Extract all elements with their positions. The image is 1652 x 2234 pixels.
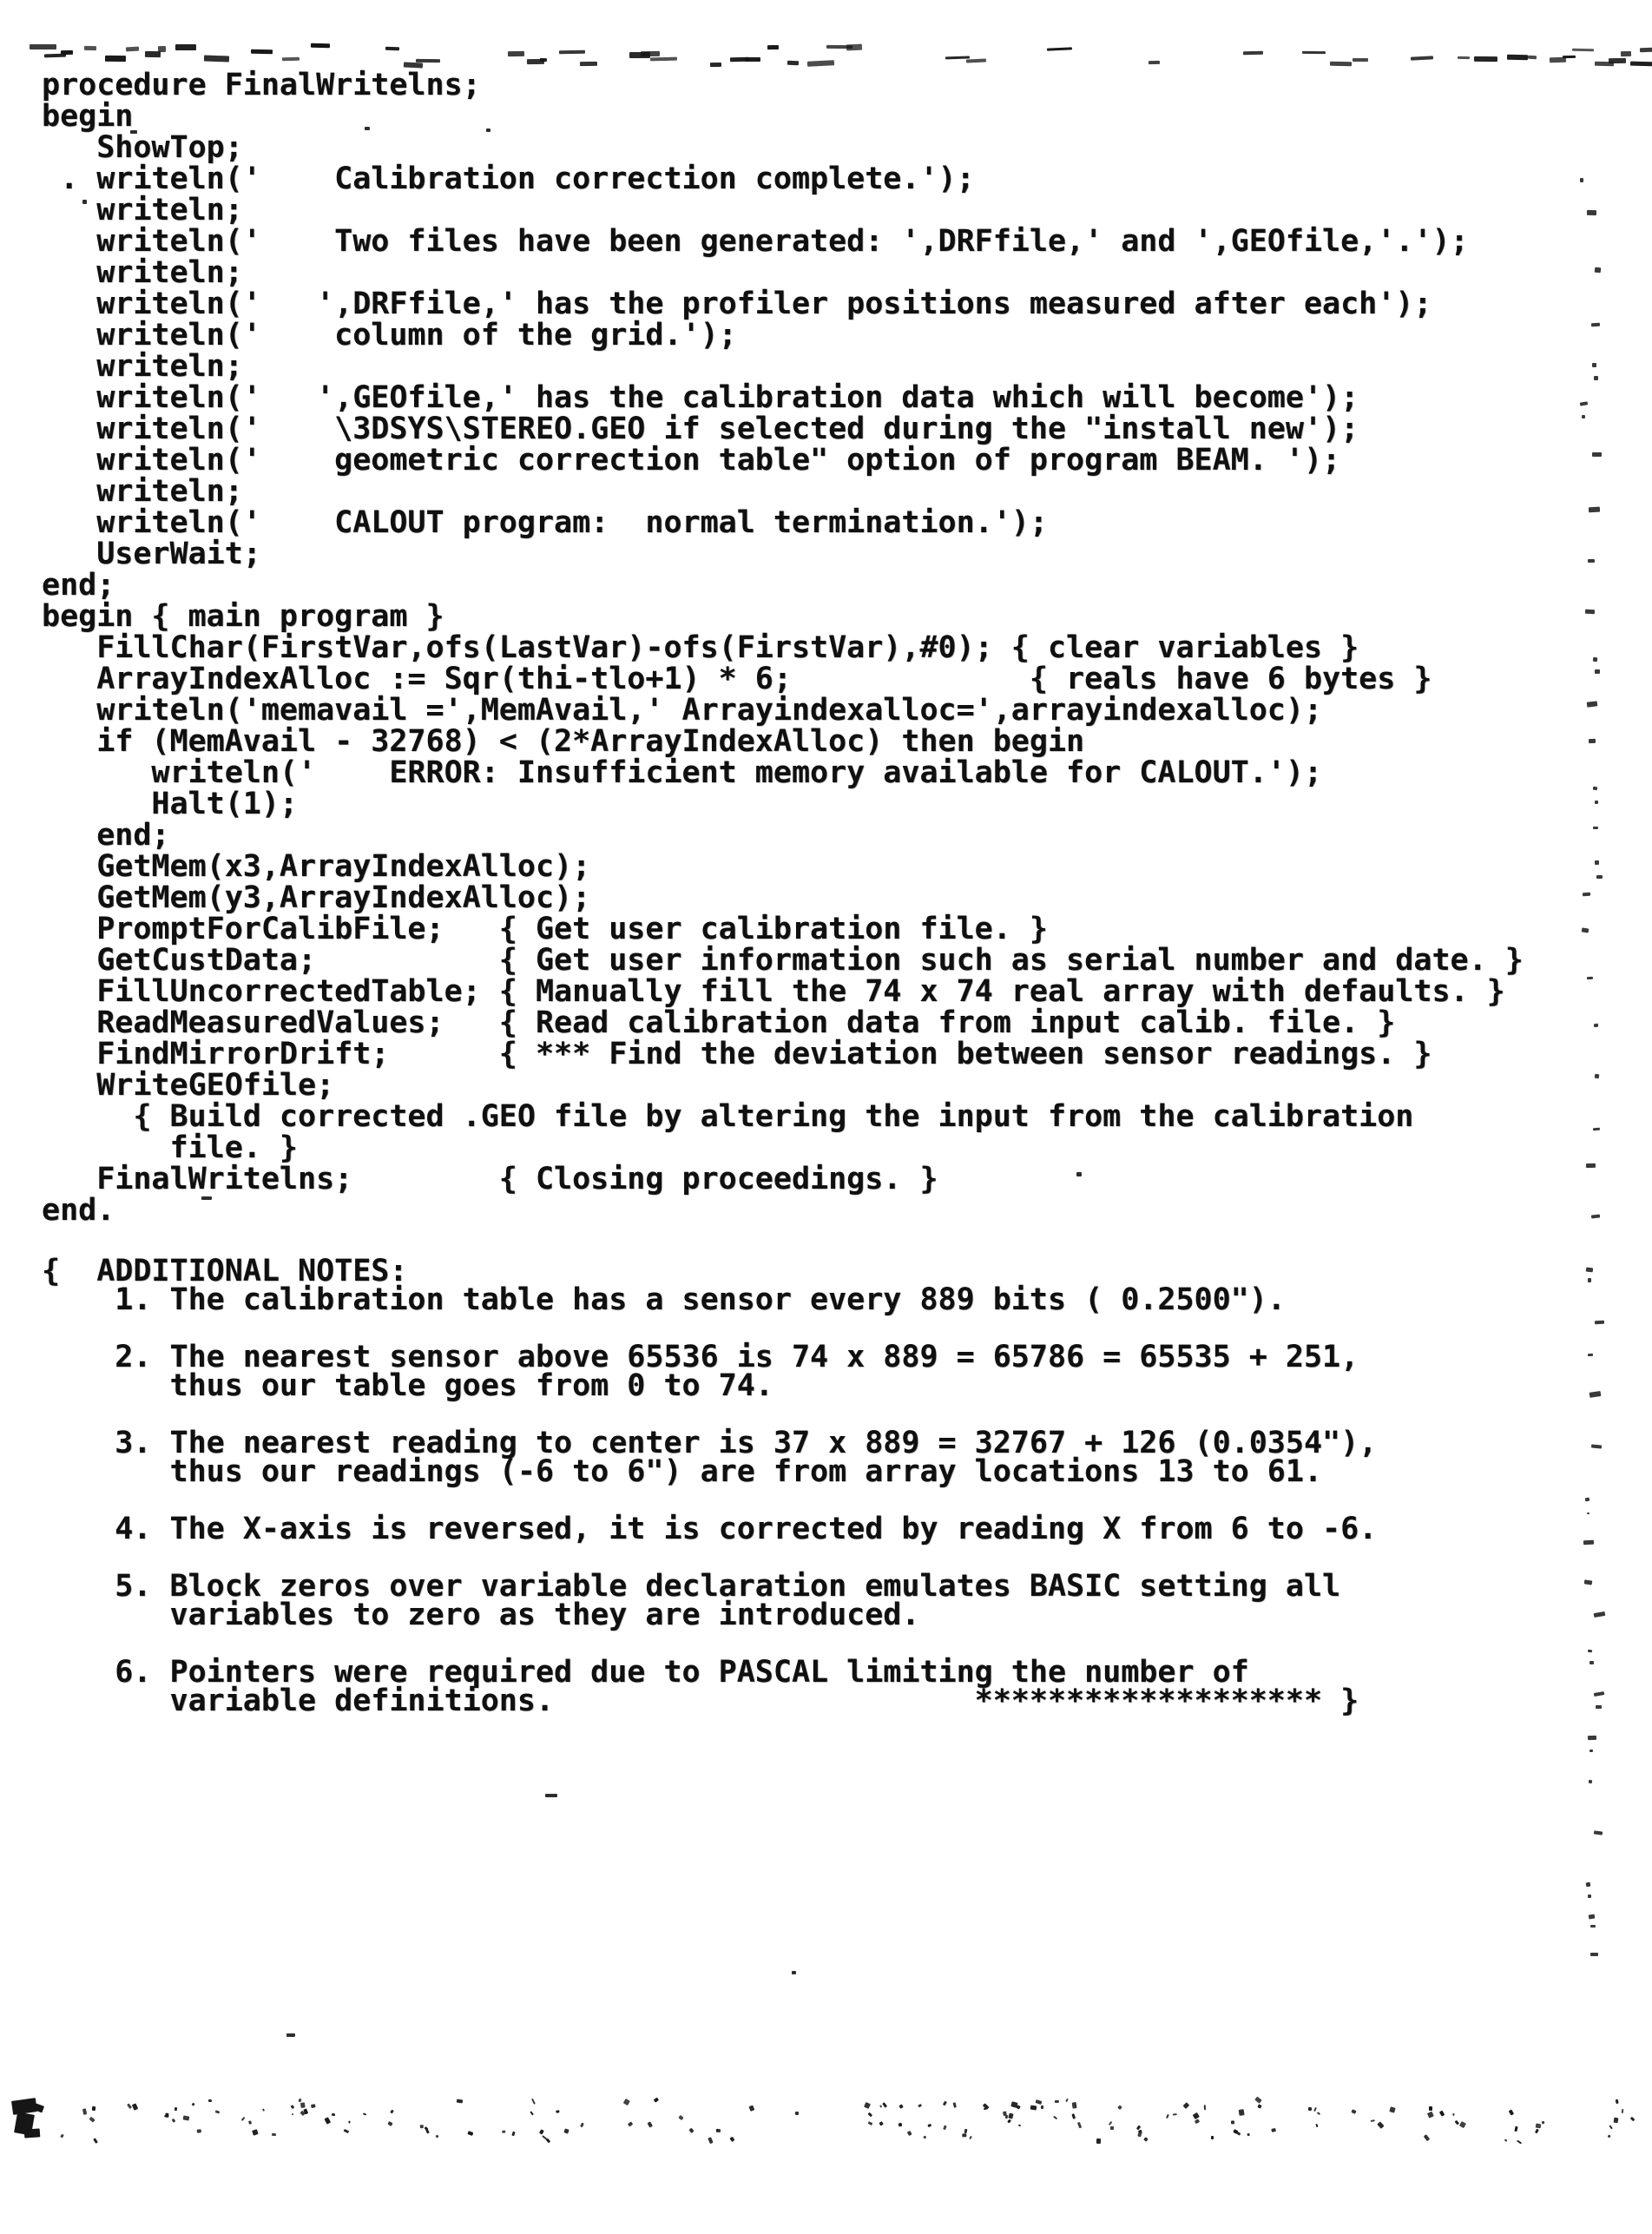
right-margin-speck: [1585, 610, 1595, 615]
bottom-edge-speck: [1035, 2099, 1042, 2104]
bottom-edge-speck: [503, 2130, 506, 2132]
bottom-edge-speck: [898, 2123, 902, 2126]
bottom-edge-speck: [1514, 2126, 1518, 2132]
bottom-edge-speck: [982, 2103, 989, 2110]
bottom-edge-speck: [183, 2115, 190, 2120]
bottom-edge-speck: [303, 2108, 308, 2114]
top-edge-smudge: [508, 51, 524, 56]
top-edge-smudge: [1639, 47, 1652, 51]
top-edge-smudge: [846, 44, 862, 51]
scanned-page: procedure FinalWritelns; begin ShowTop; …: [0, 0, 1652, 2234]
right-margin-speck: [1582, 415, 1585, 418]
top-edge-smudge: [1595, 62, 1614, 66]
pascal-code-listing: procedure FinalWritelns; begin ShowTop; …: [42, 69, 1524, 1226]
bottom-edge-speck: [716, 2129, 721, 2132]
right-margin-speck: [1589, 1661, 1594, 1665]
bottom-edge-speck: [172, 2119, 176, 2123]
bottom-edge-speck: [1137, 2131, 1142, 2137]
right-margin-speck: [1582, 927, 1589, 932]
bottom-edge-speck: [311, 2104, 315, 2107]
bottom-edge-speck: [1424, 2134, 1430, 2141]
bottom-edge-speck: [1003, 2111, 1007, 2115]
bottom-edge-speck: [530, 2112, 534, 2117]
right-margin-speck: [1595, 860, 1599, 865]
top-edge-smudge: [730, 57, 749, 63]
top-edge-smudge: [826, 45, 852, 49]
bottom-edge-speck: [1370, 2119, 1375, 2122]
right-margin-speck: [1587, 1512, 1589, 1515]
right-margin-speck: [1590, 1925, 1596, 1928]
bottom-edge-speck: [1313, 2106, 1317, 2112]
bottom-edge-speck: [1308, 2106, 1312, 2111]
bottom-edge-speck: [1016, 2105, 1021, 2110]
top-edge-smudge: [966, 59, 986, 63]
top-edge-smudge: [126, 46, 139, 50]
top-edge-smudge: [385, 46, 399, 49]
bottom-edge-speck: [580, 2122, 584, 2127]
bottom-edge-speck: [1509, 2110, 1514, 2116]
top-edge-smudge: [61, 50, 73, 55]
right-margin-speck: [1588, 1895, 1591, 1898]
right-margin-speck: [1583, 1540, 1595, 1545]
right-margin-speck: [1592, 363, 1596, 367]
stray-body-speck: [286, 2033, 295, 2037]
bottom-edge-speck: [1316, 2112, 1320, 2115]
top-edge-smudge: [1353, 58, 1368, 62]
right-margin-speck: [1589, 1750, 1593, 1751]
bottom-edge-speck: [943, 2125, 947, 2130]
bottom-edge-speck: [1247, 2133, 1250, 2136]
right-margin-speck: [1585, 1498, 1590, 1502]
bottom-edge-speck: [332, 2112, 335, 2116]
bottom-edge-speck: [1018, 2125, 1022, 2127]
bottom-edge-speck: [1459, 2121, 1466, 2128]
bottom-edge-speck: [1239, 2109, 1245, 2115]
top-edge-smudge: [311, 43, 330, 49]
bottom-edge-speck: [435, 2135, 438, 2138]
bottom-edge-speck: [208, 2099, 213, 2102]
bottom-edge-speck: [729, 2137, 734, 2142]
bottom-edge-speck: [923, 2136, 926, 2139]
bottom-edge-speck: [387, 2121, 392, 2126]
right-margin-speck: [1588, 507, 1599, 512]
bottom-edge-speck: [174, 2107, 177, 2111]
top-edge-smudge: [105, 56, 126, 62]
top-edge-smudge: [1563, 56, 1576, 59]
bottom-edge-speck: [1065, 2098, 1069, 2102]
top-edge-smudge: [44, 54, 66, 58]
right-margin-speck: [1590, 323, 1600, 327]
right-margin-speck: [1595, 267, 1602, 272]
top-edge-smudge: [767, 45, 780, 49]
bottom-edge-speck: [1613, 2117, 1618, 2122]
right-margin-speck: [1593, 786, 1597, 789]
bottom-edge-speck: [864, 2102, 871, 2109]
bottom-edge-speck: [1204, 2105, 1206, 2110]
bottom-edge-speck: [92, 2138, 97, 2145]
bottom-edge-speck: [531, 2098, 536, 2104]
bottom-edge-speck: [868, 2122, 873, 2126]
bottom-edge-speck: [879, 2105, 882, 2108]
bottom-edge-speck: [1138, 2129, 1142, 2132]
bottom-left-blob: [11, 2098, 37, 2115]
top-edge-smudge: [640, 50, 659, 56]
bottom-edge-speck: [292, 2112, 294, 2115]
bottom-edge-speck: [1536, 2124, 1542, 2129]
bottom-edge-speck: [1183, 2102, 1190, 2109]
bottom-edge-speck: [795, 2112, 799, 2115]
right-margin-speck: [1588, 1649, 1592, 1652]
right-margin-speck: [1593, 1611, 1604, 1618]
bottom-edge-speck: [678, 2115, 683, 2120]
bottom-edge-speck: [214, 2111, 220, 2114]
top-edge-smudge: [1528, 56, 1537, 60]
bottom-edge-speck: [60, 2134, 64, 2138]
bottom-edge-speck: [191, 2103, 194, 2106]
top-edge-smudge: [175, 44, 196, 50]
top-edge-smudge: [1243, 51, 1263, 56]
bottom-edge-speck: [1195, 2119, 1200, 2124]
bottom-edge-speck: [1254, 2097, 1261, 2104]
bottom-edge-speck: [127, 2104, 132, 2109]
bottom-edge-speck: [165, 2113, 168, 2118]
bottom-edge-speck: [343, 2129, 348, 2133]
right-margin-speck: [1588, 1736, 1597, 1741]
bottom-edge-speck: [963, 2134, 967, 2138]
top-edge-smudge: [158, 46, 167, 52]
bottom-edge-speck: [1076, 2122, 1081, 2129]
right-margin-speck: [1594, 376, 1599, 380]
bottom-edge-speck: [92, 2106, 96, 2112]
top-edge-smudge: [1549, 57, 1566, 63]
bottom-edge-speck: [1007, 2119, 1011, 2124]
bottom-edge-speck: [1166, 2114, 1169, 2119]
bottom-edge-speck: [1271, 2128, 1276, 2132]
bottom-edge-speck: [511, 2132, 515, 2137]
bottom-edge-speck: [1040, 2105, 1043, 2109]
bottom-edge-speck: [1516, 2139, 1521, 2144]
bottom-edge-speck: [457, 2099, 463, 2103]
bottom-edge-speck: [882, 2102, 887, 2108]
bottom-edge-speck: [300, 2103, 306, 2108]
right-margin-speck: [1586, 702, 1597, 708]
bottom-left-blob: [34, 2104, 44, 2113]
bottom-edge-speck: [1237, 2132, 1241, 2137]
right-margin-speck: [1592, 657, 1596, 662]
bottom-edge-speck: [542, 2135, 548, 2140]
bottom-edge-speck: [252, 2129, 258, 2136]
right-margin-speck: [1586, 1163, 1596, 1167]
right-margin-speck: [1593, 827, 1598, 830]
bottom-edge-speck: [943, 2101, 947, 2106]
top-edge-smudge: [710, 62, 721, 66]
bottom-edge-speck: [1429, 2106, 1432, 2111]
top-edge-smudge: [204, 56, 229, 63]
top-edge-smudge: [282, 57, 299, 62]
bottom-edge-speck: [196, 2129, 201, 2133]
bottom-edge-speck: [425, 2126, 429, 2131]
bottom-edge-speck: [82, 2108, 86, 2115]
stray-body-speck: [792, 1971, 796, 1974]
bottom-edge-speck: [1136, 2125, 1142, 2131]
bottom-edge-speck: [1110, 2126, 1115, 2130]
bottom-edge-speck: [628, 2121, 634, 2126]
bottom-edge-speck: [1004, 2115, 1008, 2119]
bottom-edge-speck: [1117, 2105, 1122, 2110]
right-margin-speck: [1595, 1320, 1604, 1324]
bottom-edge-speck: [715, 2128, 719, 2132]
right-margin-speck: [1595, 801, 1598, 804]
top-edge-smudge: [145, 51, 161, 57]
right-margin-speck: [1596, 1705, 1602, 1710]
right-margin-speck: [1587, 1354, 1592, 1357]
right-margin-speck: [1586, 1882, 1590, 1888]
top-edge-smudge: [1302, 51, 1326, 55]
bottom-edge-speck: [564, 2129, 569, 2135]
bottom-edge-speck: [1109, 2121, 1113, 2126]
right-margin-speck: [1596, 875, 1603, 879]
bottom-edge-speck: [1535, 2129, 1539, 2133]
top-edge-smudge: [84, 46, 96, 51]
top-edge-smudge: [650, 57, 677, 62]
right-margin-speck: [1589, 1391, 1601, 1398]
right-margin-speck: [1591, 1445, 1602, 1450]
bottom-edge-speck: [868, 2112, 872, 2116]
bottom-edge-speck: [539, 2129, 544, 2134]
bottom-edge-speck: [164, 2115, 168, 2117]
bottom-edge-speck: [1030, 2105, 1037, 2110]
bottom-edge-speck: [1609, 2125, 1614, 2130]
bottom-edge-speck: [1439, 2110, 1445, 2116]
right-margin-speck: [1593, 1128, 1600, 1131]
bottom-edge-speck: [1389, 2106, 1396, 2112]
top-edge-smudge: [1330, 62, 1352, 67]
top-edge-smudge: [1507, 55, 1528, 61]
bottom-edge-speck: [1053, 2116, 1057, 2120]
bottom-edge-speck: [248, 2120, 252, 2125]
bottom-edge-speck: [298, 2098, 301, 2102]
right-margin-speck: [1580, 178, 1583, 182]
bottom-edge-speck: [1316, 2124, 1319, 2127]
bottom-edge-speck: [300, 2111, 306, 2117]
bottom-edge-speck: [1257, 2104, 1261, 2108]
right-margin-speck: [1590, 1214, 1599, 1218]
right-margin-speck: [1590, 1953, 1598, 1956]
bottom-edge-speck: [1072, 2113, 1076, 2119]
bottom-edge-speck: [241, 2117, 246, 2121]
top-edge-smudge: [1047, 47, 1072, 51]
right-margin-speck: [1583, 893, 1591, 896]
bottom-edge-speck: [688, 2128, 694, 2134]
bottom-edge-speck: [1607, 2135, 1611, 2139]
top-edge-smudge: [807, 60, 834, 67]
bottom-edge-speck: [545, 2138, 550, 2144]
top-edge-smudge: [30, 44, 56, 49]
bottom-edge-speck: [290, 2105, 294, 2109]
right-margin-speck: [1594, 1024, 1598, 1027]
bottom-edge-speck: [927, 2123, 931, 2127]
bottom-edge-speck: [556, 2111, 559, 2113]
stray-body-speck: [545, 1794, 557, 1797]
right-margin-speck: [1589, 739, 1596, 743]
bottom-edge-speck: [1008, 2112, 1013, 2119]
right-margin-speck: [1583, 1579, 1592, 1585]
bottom-edge-speck: [390, 2110, 394, 2114]
top-edge-smudge: [580, 62, 597, 66]
top-edge-smudge: [1458, 56, 1470, 60]
right-margin-speck: [1587, 210, 1596, 215]
top-edge-smudge: [1630, 61, 1652, 66]
bottom-edge-speck: [1071, 2102, 1076, 2108]
bottom-edge-speck: [953, 2102, 957, 2107]
bottom-edge-speck: [918, 2104, 922, 2107]
bottom-edge-speck: [261, 2108, 264, 2112]
top-edge-smudge: [1609, 58, 1626, 63]
bottom-edge-speck: [1011, 2101, 1018, 2107]
right-margin-speck: [1588, 559, 1595, 563]
right-margin-speck: [1587, 977, 1593, 980]
top-edge-smudge: [540, 58, 547, 62]
top-edge-smudge: [1572, 48, 1594, 51]
additional-notes-listing: { ADDITIONAL NOTES: 1. The calibration t…: [42, 1257, 1377, 1716]
bottom-edge-speck: [1541, 2121, 1544, 2125]
bottom-edge-speck: [1193, 2112, 1200, 2119]
right-margin-speck: [1585, 1267, 1593, 1272]
bottom-edge-speck: [1351, 2109, 1356, 2114]
bottom-edge-speck: [1211, 2136, 1214, 2140]
bottom-edge-speck: [749, 2105, 755, 2112]
top-edge-smudge: [416, 58, 440, 62]
bottom-edge-speck: [467, 2131, 472, 2135]
bottom-edge-speck: [906, 2131, 912, 2137]
bottom-edge-speck: [425, 2129, 430, 2133]
top-edge-smudge: [787, 61, 799, 66]
right-margin-speck: [1588, 1914, 1595, 1920]
bottom-edge-speck: [272, 2133, 276, 2137]
bottom-edge-speck: [420, 2125, 424, 2129]
bottom-edge-speck: [1055, 2100, 1059, 2103]
top-edge-smudge: [1621, 51, 1631, 56]
bottom-edge-speck: [89, 2117, 95, 2123]
bottom-edge-speck: [879, 2121, 885, 2126]
bottom-left-blob: [24, 2128, 41, 2138]
bottom-edge-speck: [964, 2129, 967, 2133]
bottom-left-blob: [14, 2112, 35, 2135]
bottom-edge-speck: [622, 2099, 629, 2105]
bottom-edge-speck: [1143, 2137, 1149, 2142]
bottom-edge-speck: [132, 2104, 138, 2111]
bottom-edge-speck: [1455, 2119, 1459, 2124]
bottom-edge-speck: [1616, 2099, 1619, 2104]
right-margin-speck: [1580, 401, 1589, 406]
right-margin-speck: [1592, 452, 1602, 457]
bottom-edge-speck: [1428, 2111, 1435, 2118]
bottom-edge-speck: [363, 2112, 367, 2116]
bottom-edge-speck: [325, 2117, 331, 2124]
bottom-edge-speck: [898, 2104, 904, 2109]
bottom-edge-speck: [1173, 2113, 1177, 2116]
right-margin-speck: [1594, 1073, 1599, 1078]
right-margin-speck: [1588, 1278, 1591, 1282]
top-edge-smudge: [1149, 61, 1160, 64]
bottom-edge-speck: [1621, 2109, 1623, 2114]
bottom-edge-speck: [1452, 2113, 1454, 2116]
top-edge-smudge: [251, 49, 273, 55]
bottom-edge-speck: [648, 2122, 653, 2128]
bottom-edge-speck: [969, 2136, 972, 2140]
bottom-edge-speck: [708, 2137, 713, 2144]
top-edge-smudge: [629, 52, 650, 58]
bottom-edge-speck: [348, 2120, 350, 2123]
top-edge-smudge: [745, 57, 760, 62]
bottom-edge-speck: [1629, 2117, 1635, 2122]
bottom-edge-speck: [1233, 2129, 1238, 2133]
top-edge-smudge: [527, 59, 544, 64]
bottom-edge-speck: [984, 2108, 986, 2111]
right-margin-speck: [1595, 669, 1600, 673]
bottom-edge-speck: [1096, 2138, 1101, 2143]
bottom-edge-speck: [1504, 2138, 1507, 2142]
bottom-edge-speck: [654, 2098, 659, 2103]
right-margin-speck: [1589, 1780, 1593, 1783]
bottom-edge-speck: [1378, 2121, 1385, 2128]
bottom-edge-speck: [1230, 2121, 1234, 2125]
top-edge-smudge: [559, 50, 585, 54]
right-margin-speck: [1594, 1691, 1605, 1697]
top-edge-smudge: [945, 56, 970, 60]
top-edge-smudge: [1411, 56, 1433, 61]
right-margin-speck: [1594, 1831, 1603, 1835]
top-edge-smudge: [1474, 56, 1497, 62]
